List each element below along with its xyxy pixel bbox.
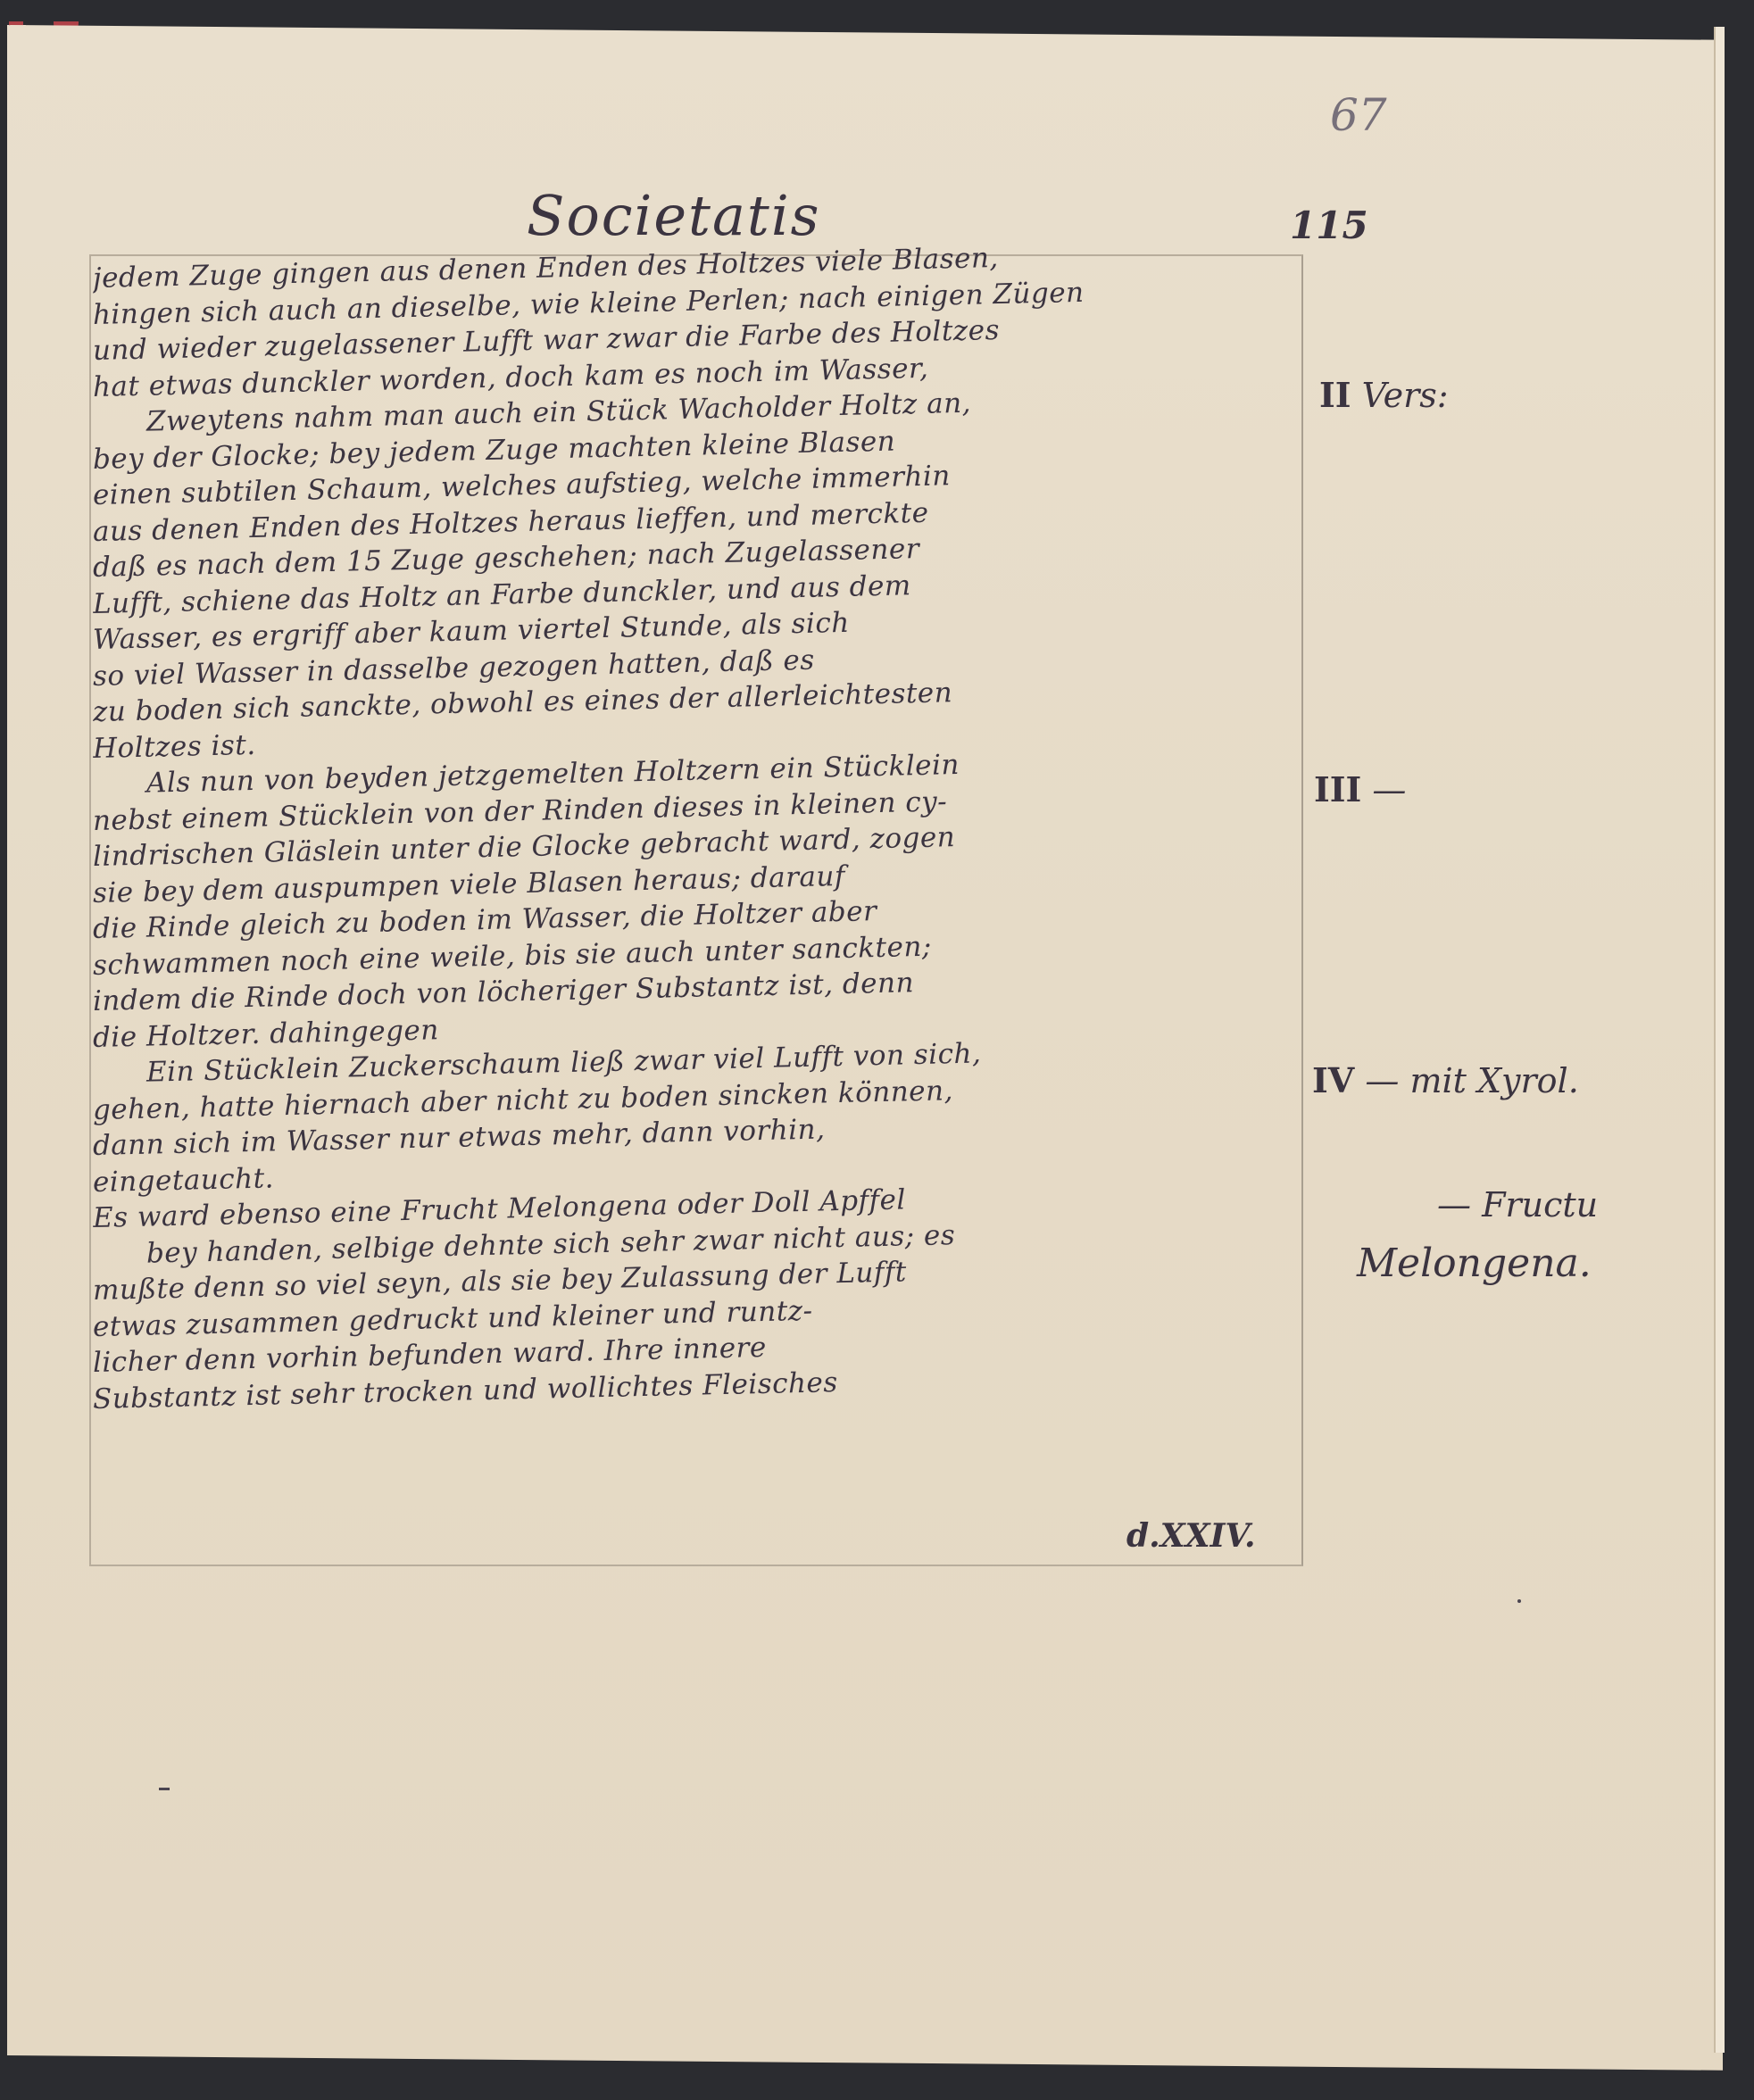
page-number: 115 xyxy=(1290,203,1368,247)
folio-number: 67 xyxy=(1330,89,1387,141)
margin-note-verse-4: IV — mit Xyrol. xyxy=(1312,1060,1579,1100)
margin-text: — xyxy=(1372,770,1406,809)
margin-note-verse-2: II Vers: xyxy=(1319,375,1449,415)
margin-text: — Fructu xyxy=(1437,1185,1598,1224)
signature-mark: d.XXIV. xyxy=(1126,1517,1256,1555)
page-fore-edge xyxy=(1714,27,1725,2053)
margin-note-fructu: — Fructu xyxy=(1437,1185,1598,1224)
margin-text: Melongena. xyxy=(1357,1241,1592,1286)
margin-numeral: III xyxy=(1314,769,1361,809)
margin-note-verse-3: III — xyxy=(1314,769,1406,809)
stray-ink-mark xyxy=(159,1788,170,1790)
margin-text: Vers: xyxy=(1362,376,1449,415)
page-heading: Societatis xyxy=(527,183,821,248)
margin-numeral: IV xyxy=(1312,1060,1354,1100)
manuscript-body: jedem Zuge gingen aus denen Enden des Ho… xyxy=(93,261,1298,1417)
stray-ink-dot xyxy=(1517,1599,1521,1603)
margin-numeral: II xyxy=(1319,375,1351,415)
margin-note-melongena: Melongena. xyxy=(1357,1241,1592,1286)
margin-text: — mit Xyrol. xyxy=(1365,1061,1578,1100)
